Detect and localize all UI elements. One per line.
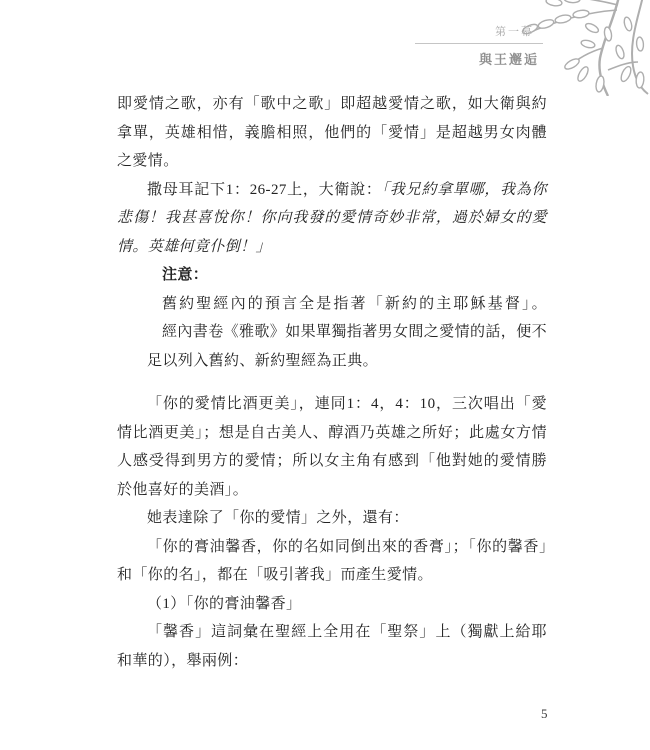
note-block: 注意： 舊約聖經內的預言全是指著「新約的主耶穌基督」。 經內書卷《雅歌》如果單獨… [147, 261, 547, 375]
page-number: 5 [541, 706, 548, 722]
paragraph-continuation: 即愛情之歌，亦有「歌中之歌」即超越愛情之歌，如大衛與約拿單，英雄相惜，義膽相照，… [117, 90, 547, 176]
note-line: 經內書卷《雅歌》如果單獨指著男女間之愛情的話，便不足以列入舊約、新約聖經為正典。 [147, 318, 547, 375]
paragraph: 「馨香」這詞彙在聖經上全用在「聖祭」上（獨獻上給耶和華的），舉兩例： [117, 618, 547, 675]
paragraph-list-item: （1）「你的膏油馨香」 [117, 590, 547, 619]
book-page: 第一幕 與王邂逅 即愛情之歌，亦有「歌中之歌」即超越愛情之歌，如大衛與約拿單，英… [0, 0, 650, 750]
paragraph-scripture: 撒母耳記下1：26-27上，大衛說：「我兄約拿單哪，我為你悲傷！我甚喜悅你！你向… [117, 176, 547, 262]
note-label: 注意： [147, 261, 547, 290]
paragraph: 「你的膏油馨香，你的名如同倒出來的香膏」；「你的馨香」和「你的名」，都在「吸引著… [117, 533, 547, 590]
paragraph: 「你的愛情比酒更美」，連同1：4，4：10，三次唱出「愛情比酒更美」；想是自古美… [117, 390, 547, 504]
header-rule [415, 43, 543, 44]
running-head: 第一幕 與王邂逅 [323, 23, 543, 68]
scripture-reference: 撒母耳記下1：26-27上，大衛說： [147, 182, 382, 198]
chapter-title: 與王邂逅 [323, 49, 543, 68]
body-text-column: 即愛情之歌，亦有「歌中之歌」即超越愛情之歌，如大衛與約拿單，英雄相惜，義膽相照，… [117, 90, 547, 675]
chapter-label: 第一幕 [323, 23, 543, 39]
paragraph: 她表達除了「你的愛情」之外，還有： [117, 504, 547, 533]
note-line: 舊約聖經內的預言全是指著「新約的主耶穌基督」。 [147, 290, 547, 319]
